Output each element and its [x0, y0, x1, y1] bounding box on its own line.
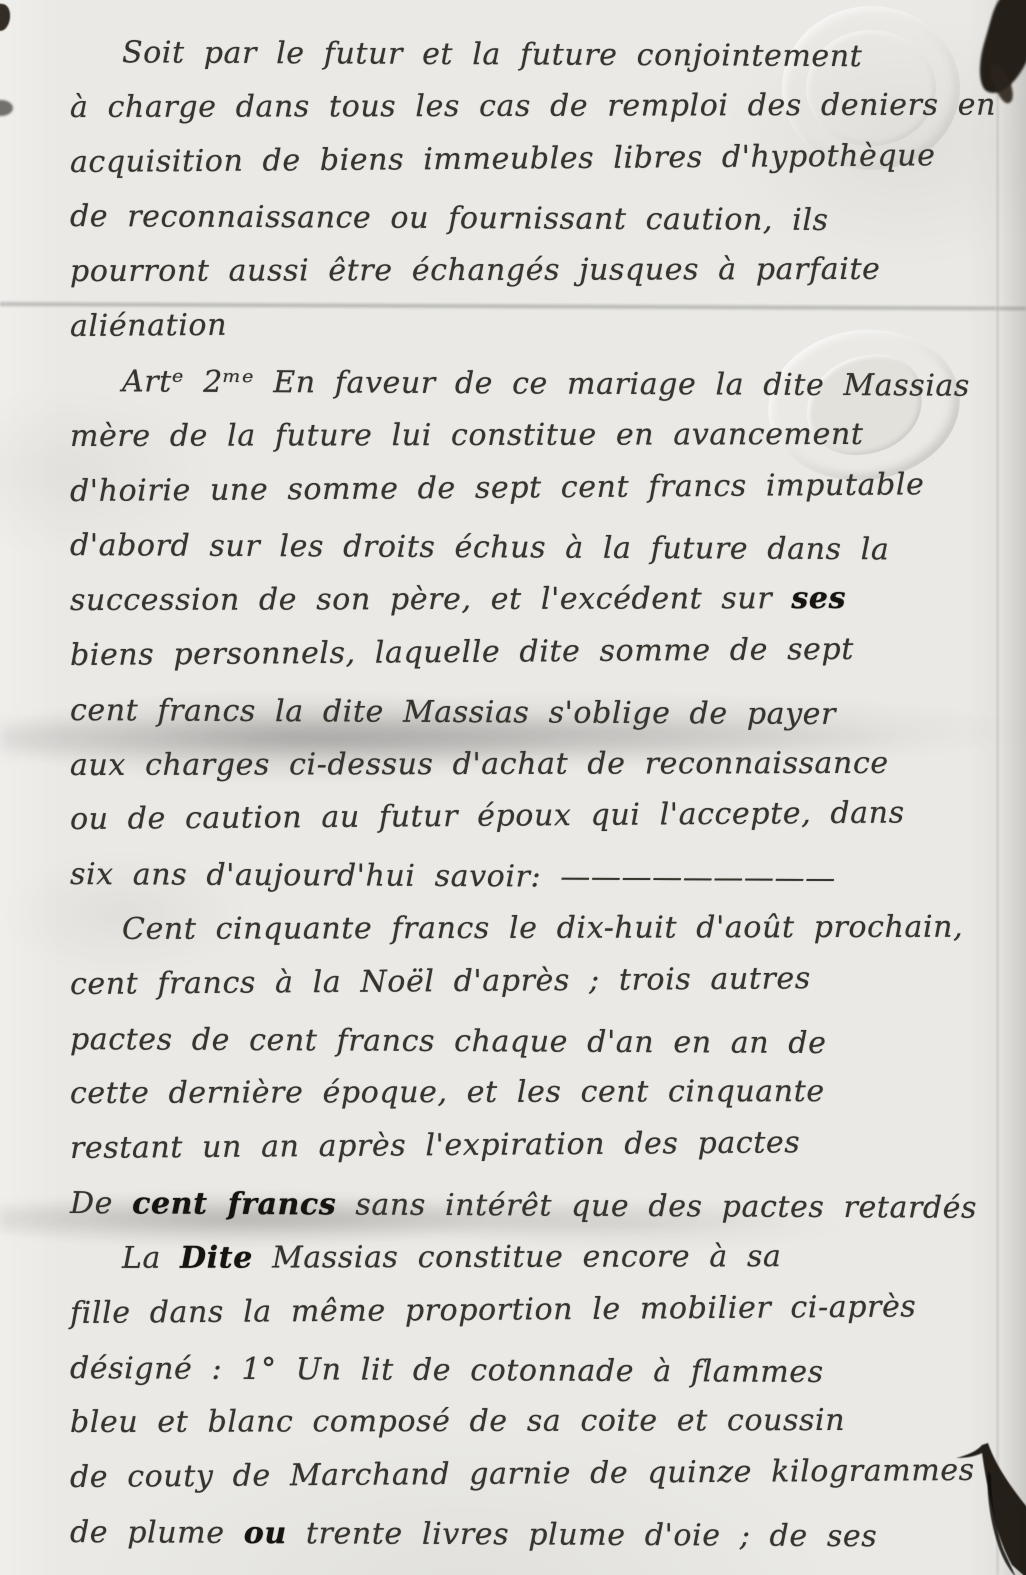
manuscript-line: six ans d'aujourd'hui savoir: —————————	[70, 858, 994, 896]
manuscript-line: mère de la future lui constitue en avanc…	[70, 417, 994, 452]
manuscript-line: succession de son père, et l'excédent su…	[70, 582, 994, 617]
edge-mark-icon	[0, 3, 12, 33]
manuscript-line: bleu et blanc composé de sa coite et cou…	[70, 1404, 994, 1439]
manuscript-line: ou de caution au futur époux qui l'accep…	[70, 796, 994, 836]
manuscript-line: aux charges ci-dessus d'achat de reconna…	[70, 746, 994, 781]
manuscript-line: de couty de Marchand garnie de quinze ki…	[70, 1454, 994, 1494]
manuscript-page: Soit par le futur et la future conjointe…	[0, 0, 1026, 1575]
manuscript-line: pactes de cent francs chaque d'an en an …	[70, 1023, 994, 1061]
manuscript-line: La Dite Massias constitue encore à sa	[70, 1239, 994, 1274]
manuscript-line: fille dans la même proportion le mobilie…	[70, 1289, 994, 1329]
edge-smudge-icon	[0, 100, 13, 116]
manuscript-line: cent francs la dite Massias s'oblige de …	[70, 694, 994, 732]
manuscript-line: cent francs à la Noël d'après ; trois au…	[70, 961, 994, 1001]
manuscript-line: aliénation	[70, 303, 994, 343]
manuscript-line: pourront aussi être échangés jusques à p…	[70, 253, 994, 288]
manuscript-line: acquisition de biens immeubles libres d'…	[70, 138, 994, 178]
manuscript-line: Artᵉ 2ᵐᵉ En faveur de ce mariage la dite…	[70, 365, 994, 403]
manuscript-line: Cent cinquante francs le dix-huit d'août…	[70, 911, 994, 946]
manuscript-text: Soit par le futur et la future conjointe…	[70, 36, 994, 1549]
right-edge-shading	[1000, 0, 1026, 1575]
manuscript-line: à charge dans tous les cas de remploi de…	[70, 88, 994, 123]
manuscript-line: Soit par le futur et la future conjointe…	[70, 36, 994, 74]
manuscript-line: cette dernière époque, et les cent cinqu…	[70, 1075, 994, 1110]
manuscript-line: désigné : 1° Un lit de cotonnade à flamm…	[70, 1352, 994, 1390]
manuscript-line: de reconnaissance ou fournissant caution…	[70, 200, 994, 238]
manuscript-line: restant un an après l'expiration des pac…	[70, 1125, 994, 1165]
manuscript-line: De cent francs sans intérêt que des pact…	[70, 1187, 994, 1225]
manuscript-line: biens personnels, laquelle dite somme de…	[70, 632, 994, 672]
fold-crease-vertical	[995, 0, 1000, 1575]
manuscript-line: de plume ou trente livres plume d'oie ; …	[70, 1516, 994, 1554]
manuscript-line: d'abord sur les droits échus à la future…	[70, 529, 994, 567]
manuscript-line: d'hoirie une somme de sept cent francs i…	[70, 467, 994, 507]
